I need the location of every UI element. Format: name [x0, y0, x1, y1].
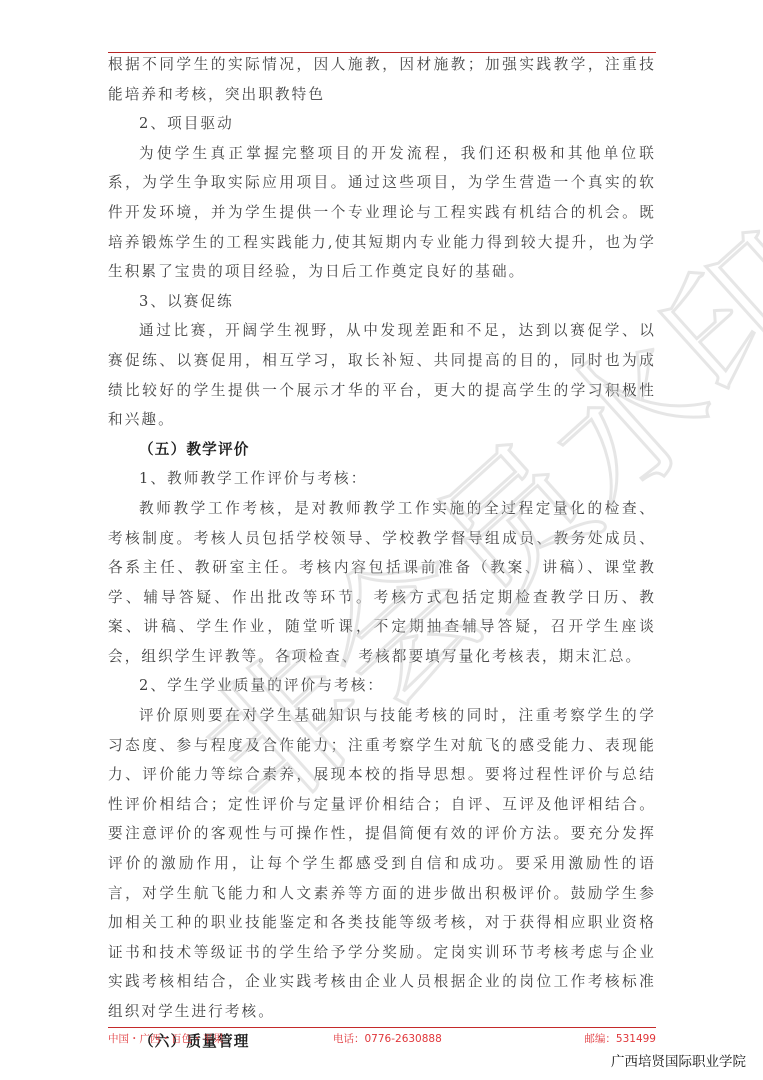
paragraph-intro-continuation: 根据不同学生的实际情况，因人施教，因材施教；加强实践教学，注重技能培养和考核，突… [108, 50, 656, 109]
paragraph-project-driven: 为使学生真正掌握完整项目的开发流程，我们还积极和其他单位联系，为学生争取实际应用… [108, 139, 656, 287]
page-footer: 中国・广西・百色・平果 电话：0776-2630888 邮编：531499 [108, 1031, 656, 1047]
subheading-competition: 3、以赛促练 [108, 287, 656, 317]
section-heading-teaching-evaluation: （五）教学评价 [108, 435, 656, 465]
paragraph-teacher-evaluation: 教师教学工作考核，是对教师教学工作实施的全过程定量化的检查、考核制度。考核人员包… [108, 494, 656, 672]
document-page: 根据不同学生的实际情况，因人施教，因材施教；加强实践教学，注重技能培养和考核，突… [0, 0, 763, 1080]
document-body: 根据不同学生的实际情况，因人施教，因材施教；加强实践教学，注重技能培养和考核，突… [108, 50, 656, 1056]
subheading-teacher-evaluation: 1、教师教学工作评价与考核： [108, 464, 656, 494]
institution-label: 广西培贤国际职业学院 [611, 1050, 746, 1070]
subheading-student-evaluation: 2、学生学业质量的评价与考核： [108, 671, 656, 701]
footer-rule [108, 1027, 656, 1028]
footer-location: 中国・广西・百色・平果 [108, 1031, 224, 1046]
footer-postcode: 邮编：531499 [584, 1031, 656, 1046]
footer-phone: 电话：0776-2630888 [333, 1031, 442, 1046]
paragraph-competition: 通过比赛，开阔学生视野，从中发现差距和不足，达到以赛促学、以赛促练、以赛促用，相… [108, 316, 656, 434]
subheading-project-driven: 2、项目驱动 [108, 109, 656, 139]
paragraph-student-evaluation: 评价原则要在对学生基础知识与技能考核的同时，注重考察学生的学习态度、参与程度及合… [108, 701, 656, 1027]
